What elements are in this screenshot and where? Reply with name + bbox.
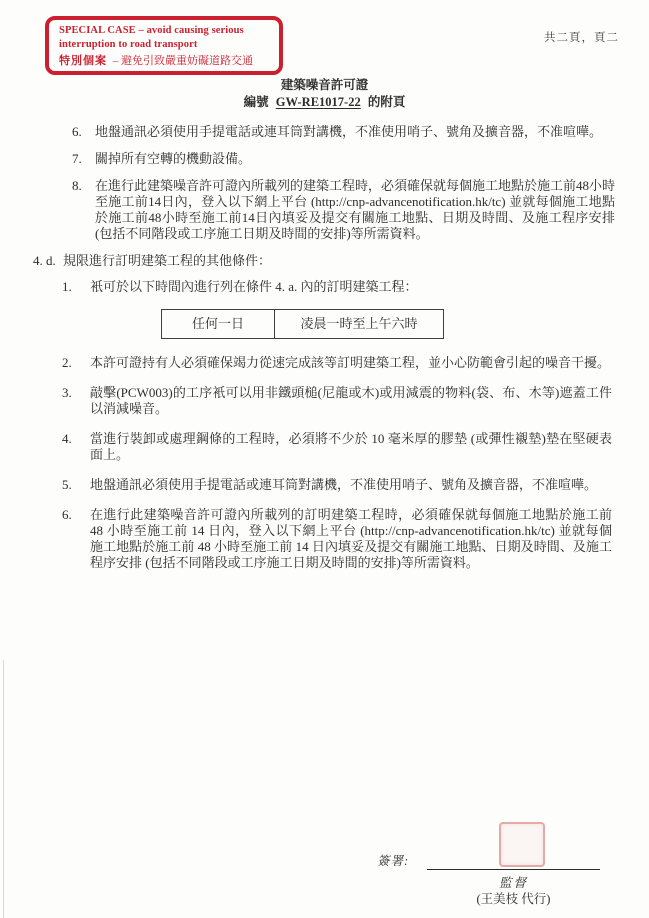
special-case-zh-bold: 特別個案 bbox=[59, 55, 107, 67]
condition-number: 8. bbox=[72, 178, 95, 242]
permit-no-suffix: 的附頁 bbox=[368, 95, 406, 109]
permit-no-prefix: 編號 bbox=[244, 95, 269, 109]
condition-text: 在進行此建築噪音許可證內所載列的建築工程時，必須確保就每個施工地點於施工前48小… bbox=[95, 178, 615, 242]
condition-number: 6. bbox=[72, 124, 95, 140]
other-condition-item-4: 4. 當進行裝卸或處理鋼條的工程時，必須將不少於 10 毫米厚的膠墊 (或彈性襯… bbox=[62, 431, 612, 463]
page-number: 共二頁，頁二 bbox=[544, 29, 619, 45]
signature-block: 簽署: 監督 (王美枝 代行) bbox=[0, 820, 649, 915]
special-case-en-line1: SPECIAL CASE – avoid causing serious bbox=[59, 24, 271, 38]
document-body: 建築噪音許可證 編號 GW-RE1017-22 的附頁 6. 地盤通訊必須使用手… bbox=[0, 77, 649, 585]
condition-text: 在進行此建築噪音許可證內所載列的訂明建築工程時，必須確保就每個施工地點於施工前 … bbox=[90, 507, 612, 571]
section-4d-label: 4. d. bbox=[33, 253, 63, 269]
condition-number: 6. bbox=[62, 507, 90, 571]
condition-text: 當進行裝卸或處理鋼條的工程時，必須將不少於 10 毫米厚的膠墊 (或彈性襯墊)墊… bbox=[90, 431, 612, 463]
condition-number: 1. bbox=[62, 279, 90, 295]
condition-number: 2. bbox=[62, 355, 90, 371]
other-condition-item-2: 2. 本許可證持有人必須確保竭力從速完成該等訂明建築工程，並小心防範會引起的噪音… bbox=[62, 355, 612, 371]
other-condition-item-5: 5. 地盤通訊必須使用手提電話或連耳筒對講機，不准使用哨子、號角及擴音器，不准喧… bbox=[62, 477, 612, 493]
special-case-zh-rest: – 避免引致嚴重妨礙道路交通 bbox=[113, 55, 253, 67]
special-case-warning-box: SPECIAL CASE – avoid causing serious int… bbox=[45, 16, 283, 75]
signer-name: (王美枝 代行) bbox=[427, 889, 600, 907]
special-case-zh-line: 特別個案 – 避免引致嚴重妨礙道路交通 bbox=[59, 54, 271, 68]
condition-item-6: 6. 地盤通訊必須使用手提電話或連耳筒對講機，不准使用哨子、號角及擴音器，不准喧… bbox=[72, 124, 615, 140]
official-stamp bbox=[499, 822, 545, 867]
condition-number: 4. bbox=[62, 431, 90, 463]
condition-text: 敲擊(PCW003)的工序衹可以用非鐵頭槌(尼龍或木)或用減震的物料(袋、布、木… bbox=[90, 385, 612, 417]
schedule-day-cell: 任何一日 bbox=[162, 310, 275, 339]
condition-text: 衹可於以下時間內進行列在條件 4. a. 內的訂明建築工程： bbox=[90, 279, 612, 295]
condition-item-7: 7. 關掉所有空轉的機動設備。 bbox=[72, 151, 615, 167]
permit-document-page: SPECIAL CASE – avoid causing serious int… bbox=[0, 0, 649, 918]
signature-line bbox=[427, 869, 600, 870]
condition-number: 5. bbox=[62, 477, 90, 493]
section-4d-heading: 4. d. 規限進行訂明建築工程的其他條件： bbox=[33, 253, 619, 269]
condition-text: 地盤通訊必須使用手提電話或連耳筒對講機，不准使用哨子、號角及擴音器，不准喧嘩。 bbox=[95, 124, 615, 140]
top-conditions-list: 6. 地盤通訊必須使用手提電話或連耳筒對講機，不准使用哨子、號角及擴音器，不准喧… bbox=[0, 124, 649, 242]
special-case-en-line2: interruption to road transport bbox=[59, 38, 271, 52]
condition-number: 7. bbox=[72, 151, 95, 167]
schedule-time-cell: 凌晨一時至上午六時 bbox=[275, 310, 444, 339]
schedule-row: 任何一日 凌晨一時至上午六時 bbox=[162, 310, 444, 339]
schedule-table: 任何一日 凌晨一時至上午六時 bbox=[161, 309, 444, 339]
permit-number: GW-RE1017-22 bbox=[276, 95, 361, 109]
other-conditions-list: 1. 衹可於以下時間內進行列在條件 4. a. 內的訂明建築工程： 任何一日 凌… bbox=[0, 279, 649, 571]
condition-text: 關掉所有空轉的機動設備。 bbox=[95, 151, 615, 167]
other-condition-item-6: 6. 在進行此建築噪音許可證內所載列的訂明建築工程時，必須確保就每個施工地點於施… bbox=[62, 507, 612, 571]
other-condition-item-3: 3. 敲擊(PCW003)的工序衹可以用非鐵頭槌(尼龍或木)或用減震的物料(袋、… bbox=[62, 385, 612, 417]
condition-text: 本許可證持有人必須確保竭力從速完成該等訂明建築工程，並小心防範會引起的噪音干擾。 bbox=[90, 355, 612, 371]
document-subtitle: 編號 GW-RE1017-22 的附頁 bbox=[0, 94, 649, 110]
condition-number: 3. bbox=[62, 385, 90, 417]
document-title: 建築噪音許可證 bbox=[0, 77, 649, 93]
signature-label: 簽署: bbox=[377, 851, 409, 869]
section-4d-title: 規限進行訂明建築工程的其他條件： bbox=[63, 253, 271, 269]
condition-text: 地盤通訊必須使用手提電話或連耳筒對講機，不准使用哨子、號角及擴音器，不准喧嘩。 bbox=[90, 477, 612, 493]
condition-item-8: 8. 在進行此建築噪音許可證內所載列的建築工程時，必須確保就每個施工地點於施工前… bbox=[72, 178, 615, 242]
other-condition-item-1: 1. 衹可於以下時間內進行列在條件 4. a. 內的訂明建築工程： bbox=[62, 279, 612, 295]
